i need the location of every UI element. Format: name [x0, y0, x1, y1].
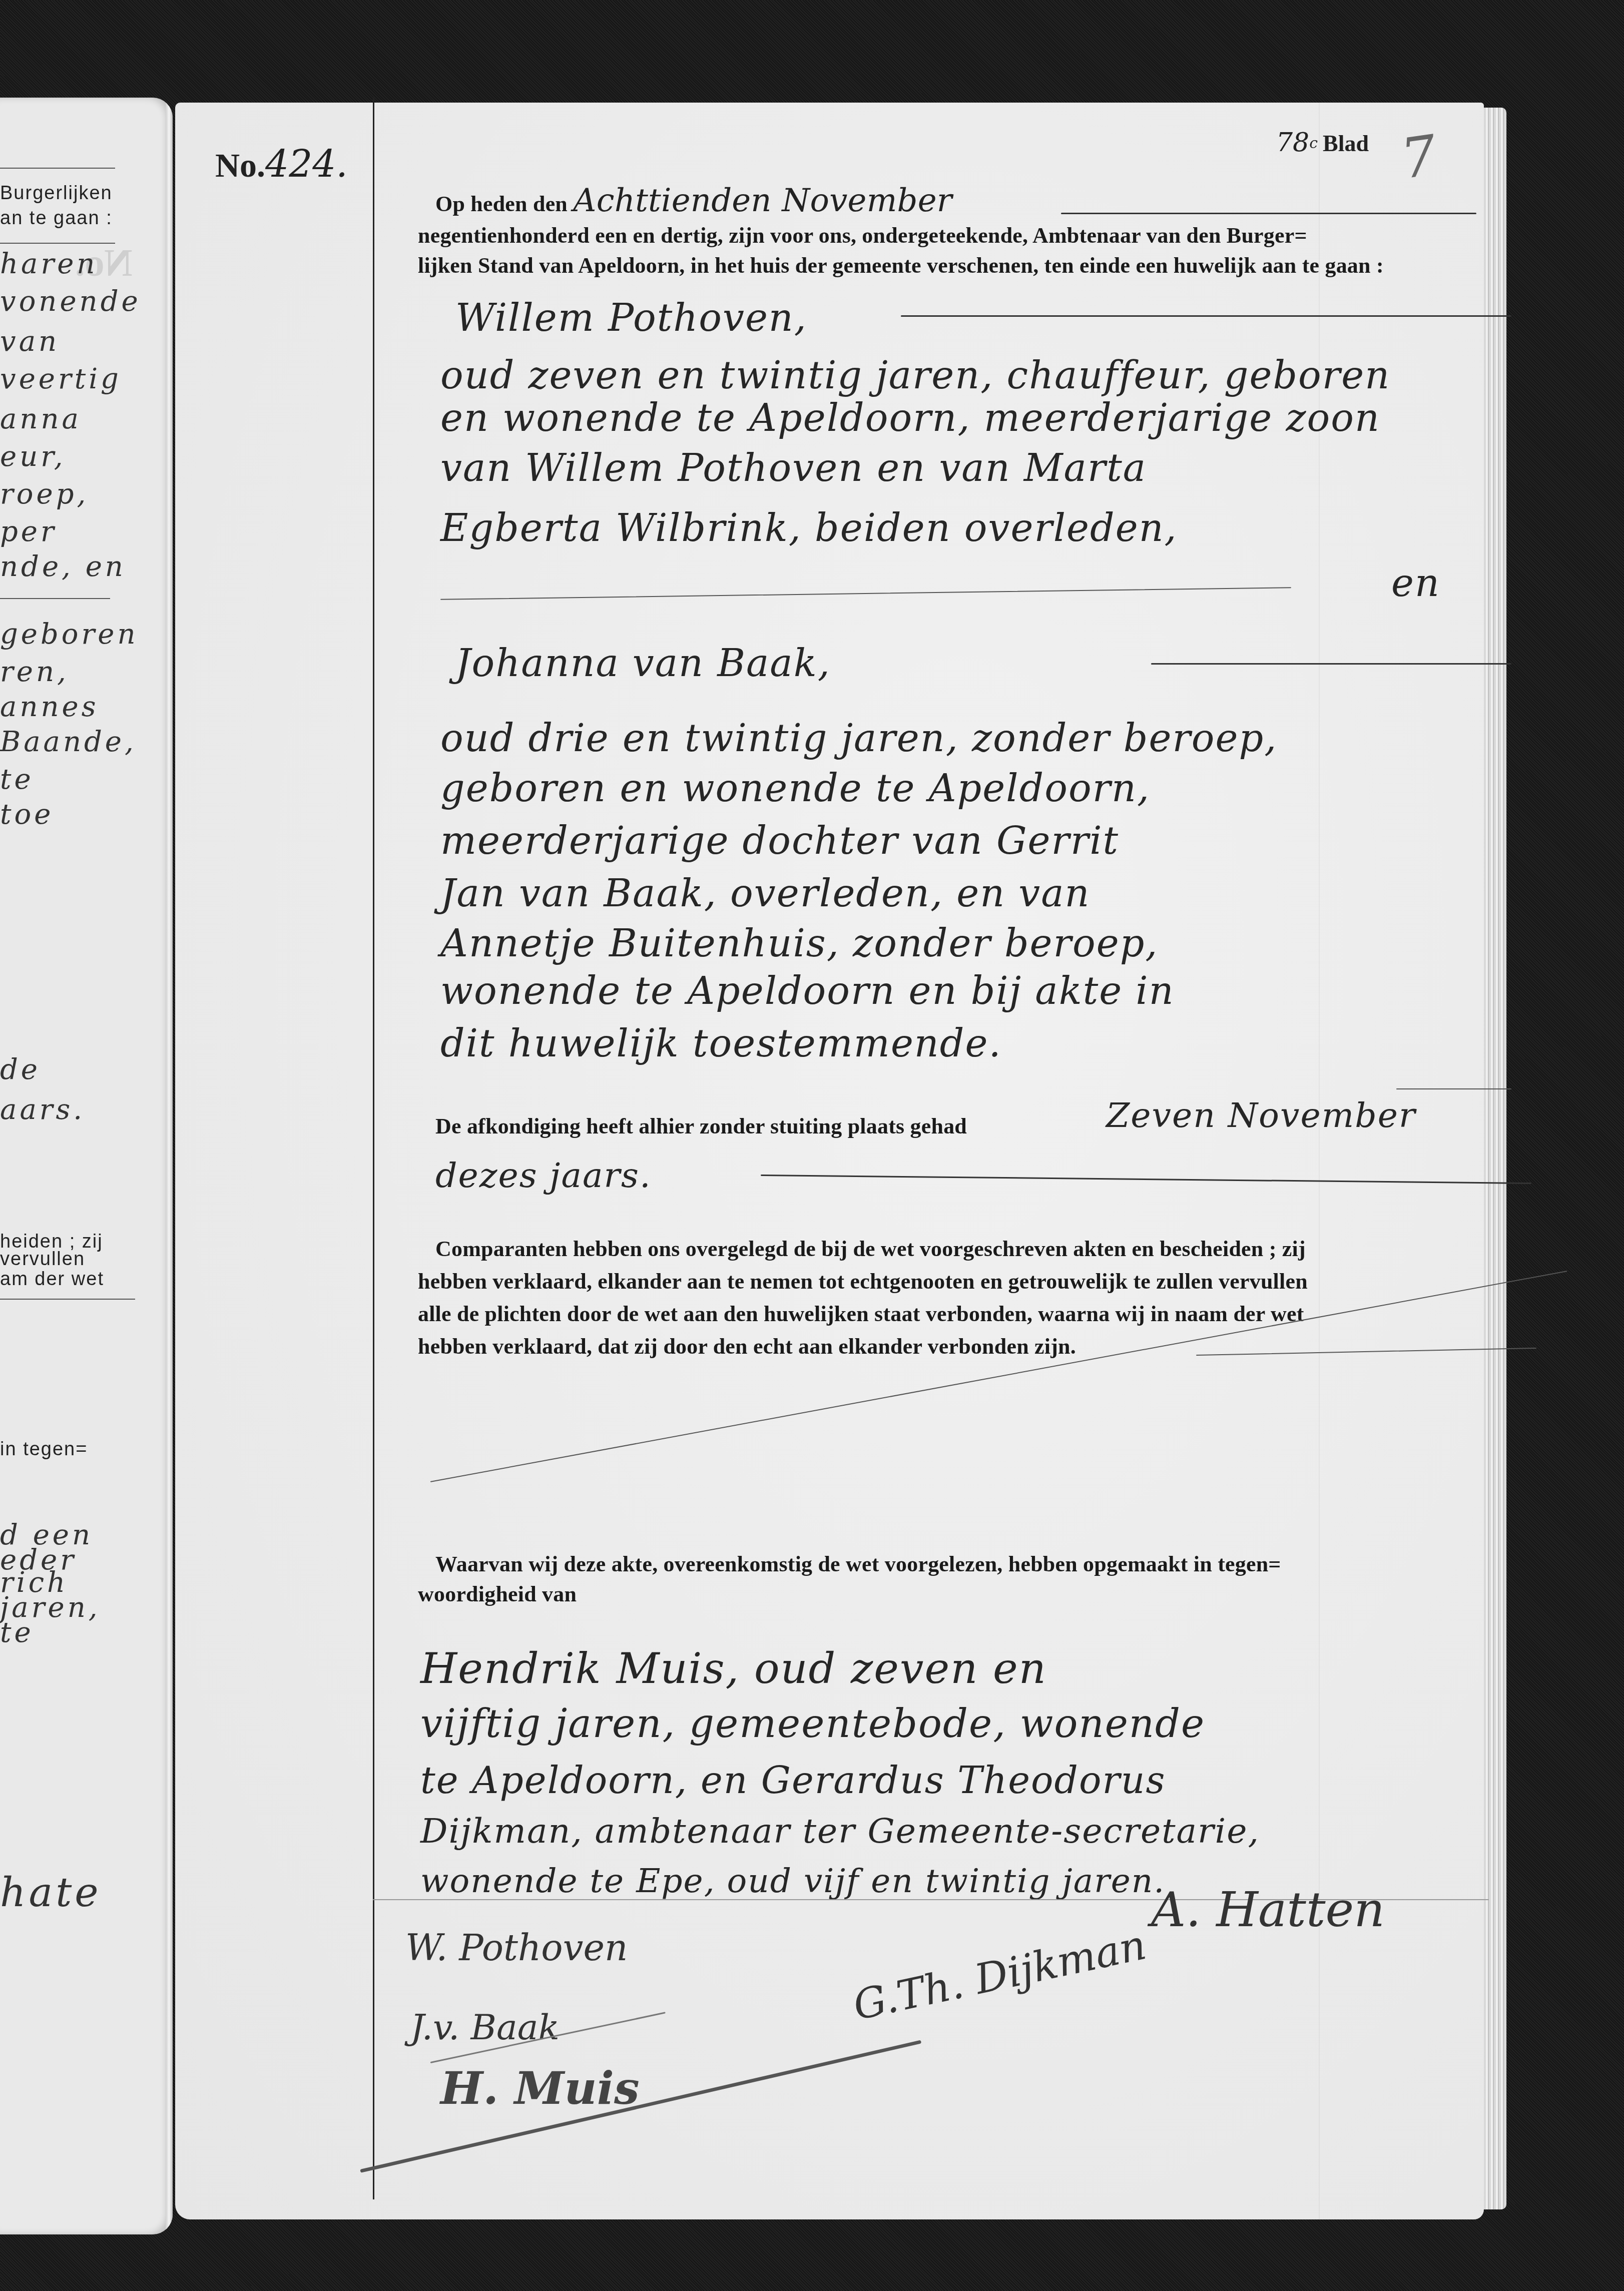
left-handwritten-fragment: aars. — [0, 1093, 85, 1126]
witness-line: te Apeldoorn, en Gerardus Theodorus — [420, 1759, 1166, 1802]
witness-line: wonende te Epe, oud vijf en twintig jare… — [420, 1862, 1165, 1900]
declaration-line: hebben verklaard, elkander aan te nemen … — [418, 1266, 1459, 1297]
groom-detail-line: Egberta Wilbrink, beiden overleden, — [440, 505, 1178, 550]
folio-label: 78cBlad — [1276, 128, 1369, 158]
left-handwritten-fragment: geboren — [0, 618, 139, 651]
bride-detail-line: dit huwelijk toestemmende. — [440, 1021, 1002, 1065]
left-handwritten-fragment: roep, — [0, 478, 89, 510]
left-printed-fragment: in tegen= — [0, 1439, 88, 1460]
bride-detail-line: oud drie en twintig jaren, zonder beroep… — [440, 716, 1277, 760]
page-edges — [1484, 108, 1506, 2209]
bride-detail-line: Annetje Buitenhuis, zonder beroep, — [440, 921, 1158, 965]
fill-line — [901, 315, 1511, 317]
left-handwritten-fragment: veertig — [0, 363, 122, 395]
binding-strip — [166, 98, 173, 2234]
left-handwritten-fragment: annes — [0, 691, 99, 723]
witness-line: vijftig jaren, gemeentebode, wonende — [420, 1701, 1205, 1747]
preamble-line-2: negentienhonderd een en dertig, zijn voo… — [418, 220, 1459, 251]
left-rule — [0, 243, 115, 244]
left-printed-fragment: Burgerlijken — [0, 183, 113, 204]
fill-line — [1061, 213, 1476, 214]
signature-witness-1: H. Muis — [440, 2062, 640, 2115]
signature-groom: W. Pothoven — [405, 1927, 628, 1969]
declaration-line: hebben verklaard, dat zij door den echt … — [418, 1331, 1459, 1362]
proclamation-date: Zeven November — [1106, 1096, 1416, 1135]
bride-name: Johanna van Baak, — [455, 641, 831, 685]
left-handwritten-fragment: anna — [0, 403, 82, 435]
witness-line: Dijkman, ambtenaar ter Gemeente-secretar… — [420, 1812, 1260, 1851]
left-handwritten-fragment: de — [0, 1053, 41, 1086]
record-number: No.424. — [215, 143, 348, 186]
left-handwritten-fragment: per — [0, 515, 57, 548]
witness-line: Hendrik Muis, oud zeven en — [420, 1644, 1047, 1693]
signature-registrar: A. Hatten — [1151, 1882, 1385, 1938]
preamble-lead: Op heden den — [435, 192, 568, 216]
left-handwritten-fragment: te — [0, 763, 34, 796]
bride-detail-line: Jan van Baak, overleden, en van — [440, 871, 1091, 915]
left-printed-fragment: an te gaan : — [0, 208, 113, 229]
left-rule — [0, 598, 110, 599]
left-handwritten-fragment: vonende — [0, 285, 141, 318]
left-handwritten-fragment: van — [0, 325, 60, 358]
bride-detail-line: wonende te Apeldoorn en bij akte in — [440, 968, 1175, 1013]
bride-detail-line: geboren en wonende te Apeldoorn, — [440, 766, 1150, 810]
preamble-line-3: lijken Stand van Apeldoorn, in het huis … — [418, 250, 1459, 281]
left-handwritten-fragment: ren, — [0, 656, 69, 688]
record-prefix: No. — [215, 146, 265, 184]
conjunction-en: en — [1391, 560, 1440, 605]
left-page: No. Burgerlijken an te gaan : haren vone… — [0, 98, 173, 2234]
left-handwritten-fragment: te — [0, 1616, 34, 1649]
declaration-line: Comparanten hebben ons overgelegd de bij… — [435, 1234, 1476, 1265]
left-rule — [0, 1299, 135, 1300]
closing-line-1: Waarvan wij deze akte, overeenkomstig de… — [435, 1549, 1476, 1580]
record-number-value: 424. — [265, 143, 348, 186]
signature-bride: J.v. Baak — [410, 2007, 560, 2048]
fill-line — [1151, 663, 1511, 665]
groom-detail-line: oud zeven en twintig jaren, chauffeur, g… — [440, 353, 1390, 397]
left-handwritten-fragment: haren — [0, 248, 98, 280]
left-printed-fragment: am der wet — [0, 1269, 104, 1290]
groom-detail-line: van Willem Pothoven en van Marta — [440, 445, 1147, 490]
marriage-date: Achttienden November — [573, 182, 952, 219]
proclamation-continuation: dezes jaars. — [435, 1156, 652, 1196]
left-handwritten-fragment: Baande, — [0, 726, 137, 758]
folio-number: 78 — [1276, 128, 1309, 158]
groom-name: Willem Pothoven, — [455, 295, 807, 340]
closing-line-2: woordigheid van — [418, 1579, 1459, 1610]
left-handwritten-fragment: toe — [0, 798, 54, 831]
left-signature-fragment: hate — [0, 1869, 102, 1916]
groom-detail-line: en wonende te Apeldoorn, meerderjarige z… — [440, 395, 1380, 440]
left-rule — [0, 168, 115, 169]
left-handwritten-fragment: eur, — [0, 440, 66, 473]
fill-line — [1396, 1088, 1511, 1089]
margin-rule — [373, 98, 374, 2199]
left-printed-fragment: vervullen — [0, 1249, 85, 1270]
bride-detail-line: meerderjarige dochter van Gerrit — [440, 818, 1119, 863]
folio-superscript: c — [1309, 135, 1318, 152]
left-handwritten-fragment: nde, en — [0, 550, 126, 583]
preamble-line-1: Op heden den Achttienden November — [435, 185, 1476, 220]
proclamation-text: De afkondiging heeft alhier zonder stuit… — [435, 1111, 1086, 1142]
declaration-line: alle de plichten door de wet aan den huw… — [418, 1299, 1459, 1330]
folio-label-text: Blad — [1323, 131, 1369, 156]
